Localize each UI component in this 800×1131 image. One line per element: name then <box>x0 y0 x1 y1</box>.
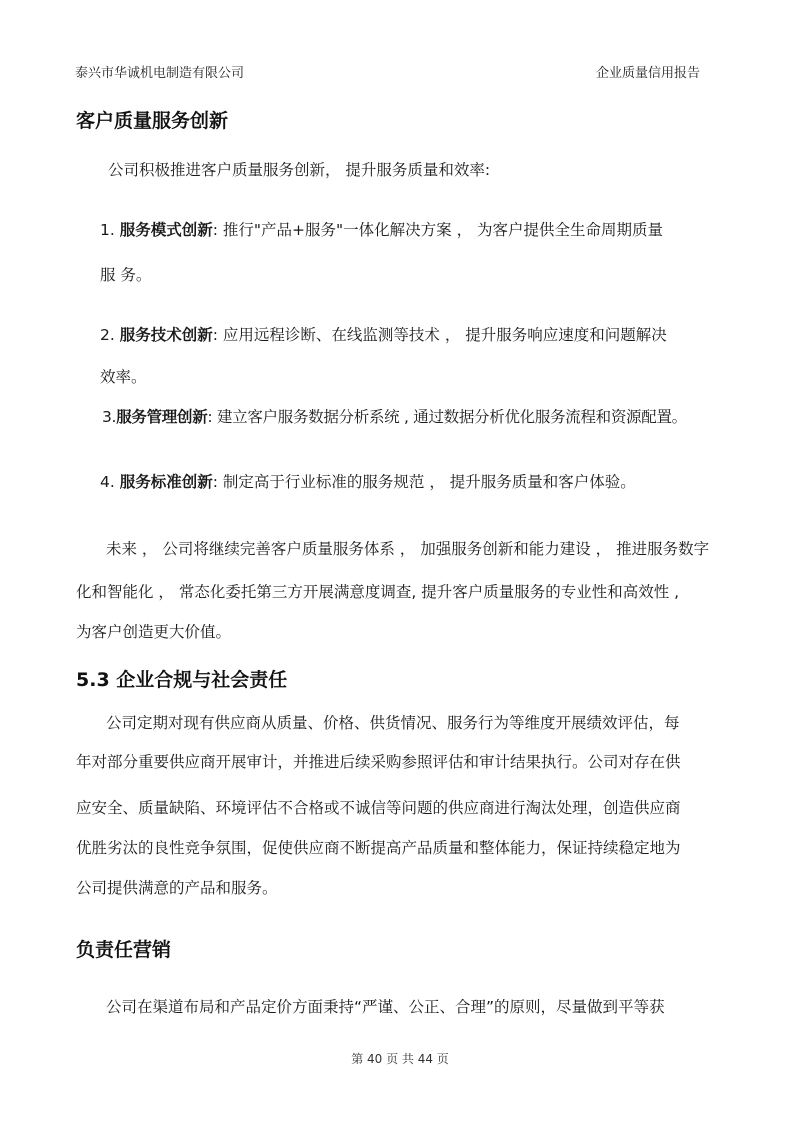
list-item-1: 1. 服务模式创新: 推行"产品+服务"一体化解决方案 ， 为客户提供全生命周期… <box>100 218 663 240</box>
list-text: : 应用远程诊断、在线监测等技术 ， 提升服务响应速度和问题解决 <box>213 326 667 344</box>
list-number: 2. <box>100 326 115 344</box>
list-label: 服务模式创新 <box>120 221 213 239</box>
future-line-3: 为客户创造更大价值。 <box>76 620 231 642</box>
list-number: 1. <box>100 221 115 239</box>
list-item-1-cont: 服 务。 <box>100 263 151 285</box>
compliance-line-2: 年对部分重要供应商开展审计，并推进后续采购参照评估和审计结果执行。公司对存在供 <box>76 750 681 772</box>
section-title-compliance: 5.3 企业合规与社会责任 <box>76 665 287 692</box>
list-text: : 制定高于行业标准的服务规范 ， 提升服务质量和客户体验。 <box>213 473 636 491</box>
list-item-2: 2. 服务技术创新: 应用远程诊断、在线监测等技术 ， 提升服务响应速度和问题解… <box>100 323 667 345</box>
future-line-2: 化和智能化 ， 常态化委托第三方开展满意度调查, 提升客户质量服务的专业性和高效… <box>76 580 679 602</box>
header-report-title: 企业质量信用报告 <box>596 62 700 81</box>
list-number: 3. <box>102 408 116 426</box>
list-item-2-cont: 效率。 <box>100 365 147 387</box>
section-title-service-innovation: 客户质量服务创新 <box>76 106 228 133</box>
list-number: 4. <box>100 473 115 491</box>
compliance-line-5: 公司提供满意的产品和服务。 <box>76 876 278 898</box>
list-item-4: 4. 服务标准创新: 制定高于行业标准的服务规范 ， 提升服务质量和客户体验。 <box>100 470 636 492</box>
marketing-line-1: 公司在渠道布局和产品定价方面秉持“严谨、公正、合理”的原则，尽量做到平等获 <box>106 995 665 1017</box>
compliance-line-4: 优胜劣汰的良性竞争氛围，促使供应商不断提高产品质量和整体能力，保证持续稳定地为 <box>76 836 681 858</box>
section-title-responsible-marketing: 负责任营销 <box>76 935 171 962</box>
list-label: 服务技术创新 <box>120 326 213 344</box>
page-number: 第 40 页 共 44 页 <box>0 1050 800 1067</box>
header-company: 泰兴市华诚机电制造有限公司 <box>75 62 244 81</box>
list-label: 服务标准创新 <box>120 473 213 491</box>
compliance-line-1: 公司定期对现有供应商从质量、价格、供货情况、服务行为等维度开展绩效评估，每 <box>106 711 680 733</box>
list-text: : 推行"产品+服务"一体化解决方案 ， 为客户提供全生命周期质量 <box>213 221 663 239</box>
compliance-line-3: 应安全、质量缺陷、环境评估不合格或不诚信等问题的供应商进行淘汰处理，创造供应商 <box>76 796 681 818</box>
intro-paragraph: 公司积极推进客户质量服务创新， 提升服务质量和效率: <box>108 158 490 180</box>
list-text: : 建立客户服务数据分析系统 , 通过数据分析优化服务流程和资源配置。 <box>207 408 686 426</box>
list-label: 服务管理创新 <box>116 408 207 426</box>
list-item-3: 3.服务管理创新: 建立客户服务数据分析系统 , 通过数据分析优化服务流程和资源… <box>102 405 687 427</box>
future-line-1: 未来 ， 公司将继续完善客户质量服务体系 ， 加强服务创新和能力建设 ， 推进服… <box>106 537 709 559</box>
